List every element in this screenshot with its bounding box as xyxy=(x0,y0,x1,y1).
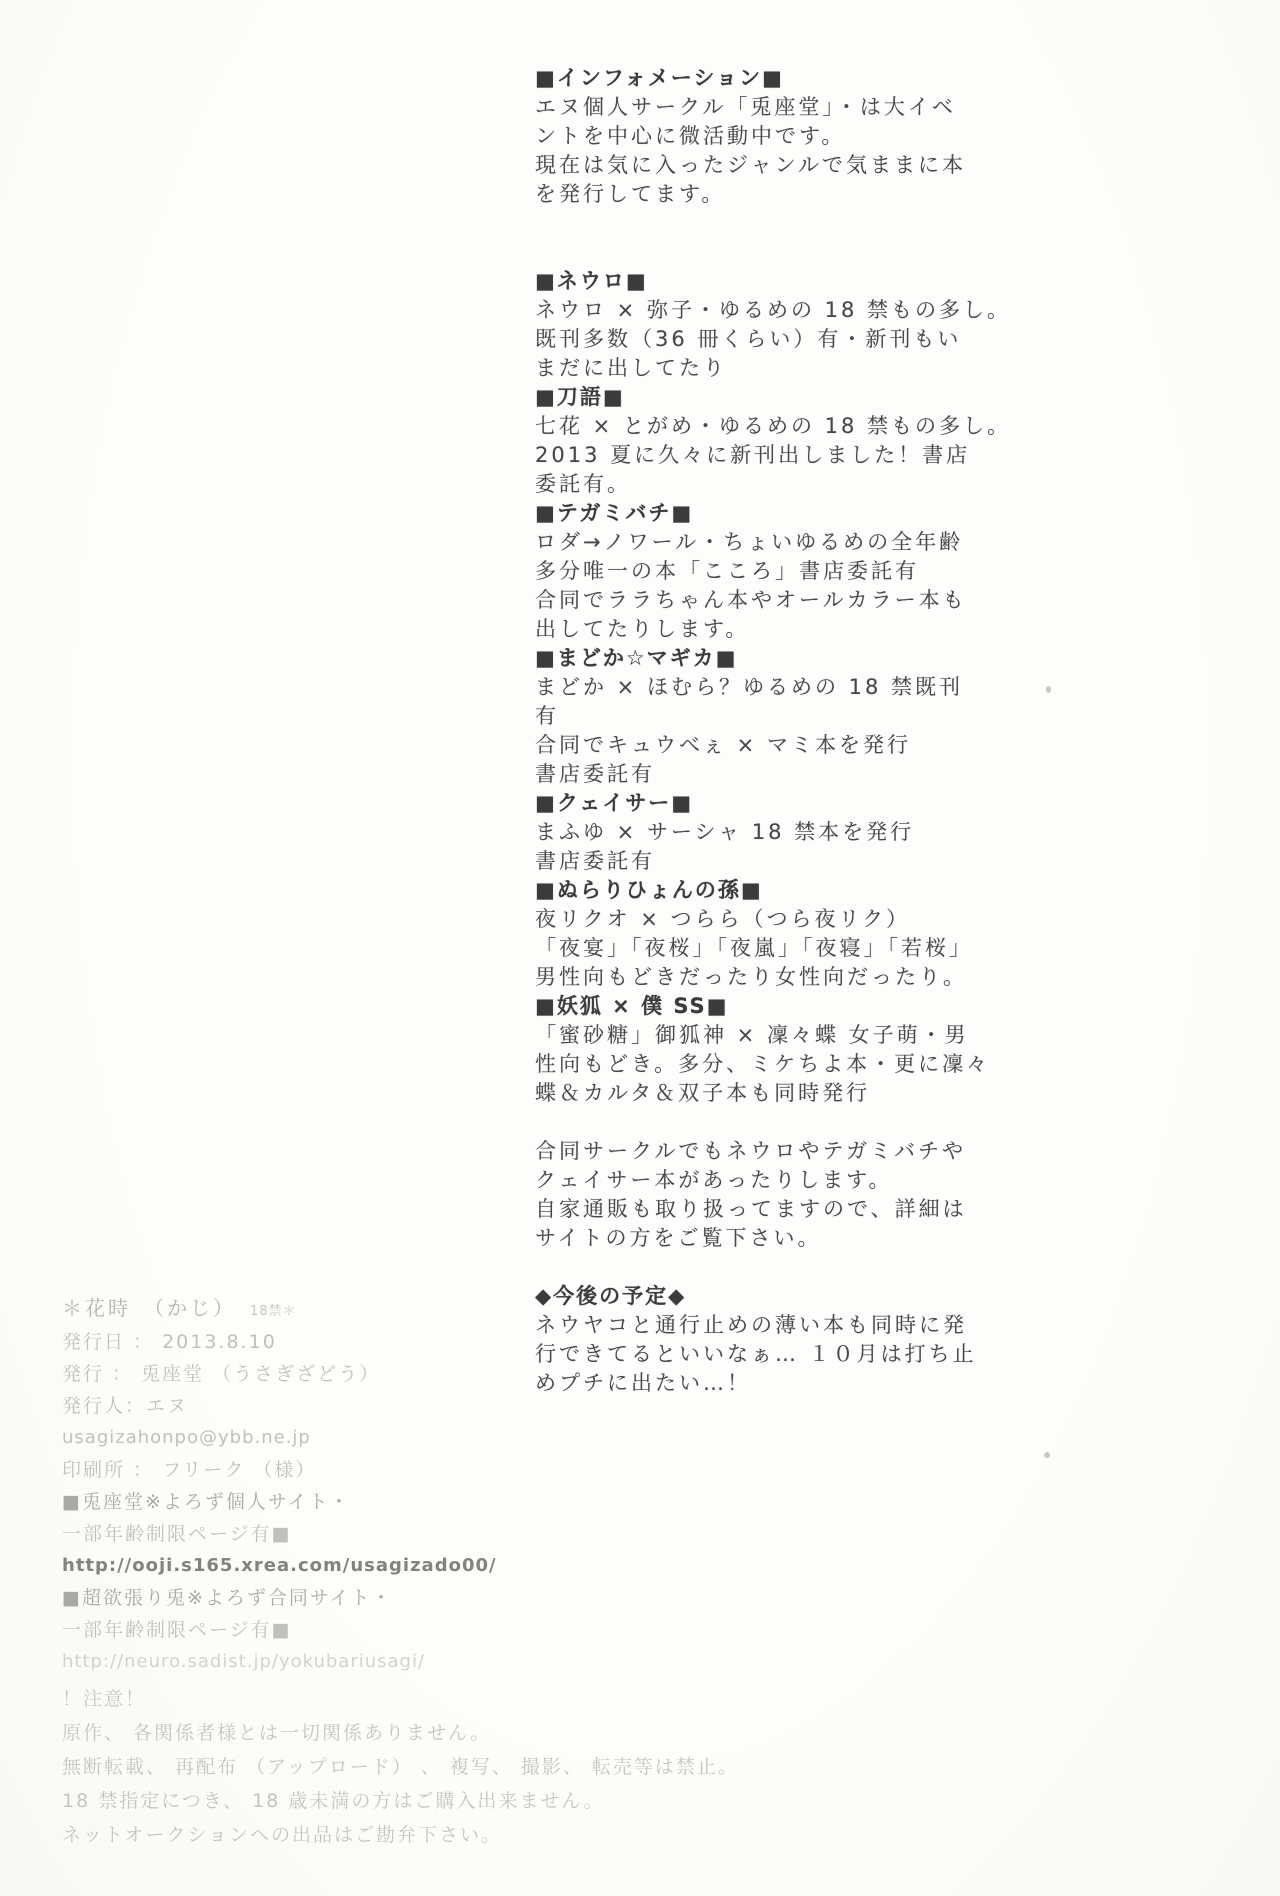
info-text-line: 現在は気に入ったジャンルで気ままに本 xyxy=(535,151,1017,180)
info-text-line: 委託有。 xyxy=(535,470,1017,499)
info-text-line: ■インフォメーション■ xyxy=(535,64,1017,93)
info-text-line: ■クェイサー■ xyxy=(535,789,1017,818)
info-text-line: ネウヤコと通行止めの薄い本も同時に発 xyxy=(535,1311,1017,1340)
scan-speck xyxy=(1046,686,1051,693)
colophon-text-line: 印刷所 ： フリーク （様） xyxy=(62,1454,492,1486)
colophon-text-line: usagizahonpo@ybb.ne.jp xyxy=(62,1422,492,1454)
info-text-line: 既刊多数（36 冊くらい）有・新刊もい xyxy=(535,325,1017,354)
colophon-block: ＊花時 （かじ）18禁＊ 発行日 ： 2013.8.10発行 ： 兎座堂 （うさ… xyxy=(62,1292,492,1678)
info-text-line: 合同サークルでもネウロやテガミバチや xyxy=(535,1137,1017,1166)
info-text-line: 「夜宴」「夜桜」「夜嵐」「夜寝」「若桜」 xyxy=(535,934,1017,963)
info-text-line: ■刀語■ xyxy=(535,383,1017,412)
info-text-line: ◆今後の予定◆ xyxy=(535,1282,1017,1311)
info-text-line: 合同でララちゃん本やオールカラー本も xyxy=(535,586,1017,615)
info-text-line: 蝶＆カルタ＆双子本も同時発行 xyxy=(535,1079,1017,1108)
colophon-text-line: http://neuro.sadist.jp/yokubariusagi/ xyxy=(62,1646,492,1678)
notice-text-line: 18 禁指定につき、 18 歳未満の方はご購入出来ません。 xyxy=(62,1784,762,1818)
info-text-line: ントを中心に微活動中です。 xyxy=(535,122,1017,151)
book-title: ＊花時 （かじ） xyxy=(62,1296,236,1320)
legal-notice-block: ！注意！原作、 各関係者様とは一切関係ありません。無断転載、 再配布 （アップロ… xyxy=(62,1682,762,1852)
info-text-line: 七花 × とがめ・ゆるめの 18 禁もの多し。 xyxy=(535,412,1017,441)
info-text-line: 出してたりします。 xyxy=(535,615,1017,644)
info-text-line: 性向もどき。多分、ミケちよ本・更に凜々 xyxy=(535,1050,1017,1079)
info-text-line: ■まどか☆マギカ■ xyxy=(535,644,1017,673)
info-text-line xyxy=(535,1108,1017,1137)
info-text-line xyxy=(535,1253,1017,1282)
info-text-line: 自家通販も取り扱ってますので、詳細は xyxy=(535,1195,1017,1224)
notice-text-line: ネットオークションへの出品はご勘弁下さい。 xyxy=(62,1818,762,1852)
info-text-line: 書店委託有 xyxy=(535,760,1017,789)
scan-speck xyxy=(1044,1452,1050,1458)
info-text-line: 2013 夏に久々に新刊出しました！書店 xyxy=(535,441,1017,470)
info-text-line xyxy=(535,238,1017,267)
info-text-line: ネウロ × 弥子・ゆるめの 18 禁もの多し。 xyxy=(535,296,1017,325)
colophon-text-line: ■超欲張り兎※よろず合同サイト・ xyxy=(62,1582,492,1614)
info-text-line: 多分唯一の本「こころ」書店委託有 xyxy=(535,557,1017,586)
info-text-line: サイトの方をご覧下さい。 xyxy=(535,1224,1017,1253)
info-text-line: 行できてるといいなぁ… １０月は打ち止 xyxy=(535,1340,1017,1369)
info-text-line: エヌ個人サークル「兎座堂」・は大イベ xyxy=(535,93,1017,122)
colophon-text-line: 発行人：エヌ xyxy=(62,1390,492,1422)
info-text-line: めプチに出たい…！ xyxy=(535,1369,1017,1398)
info-text-line: まだに出してたり xyxy=(535,354,1017,383)
info-text-line: 男性向もどきだったり女性向だったり。 xyxy=(535,963,1017,992)
info-text-line: ■テガミバチ■ xyxy=(535,499,1017,528)
colophon-lines: 発行日 ： 2013.8.10発行 ： 兎座堂 （うさぎざどう）発行人：エヌus… xyxy=(62,1326,492,1678)
info-text-line: を発行してます。 xyxy=(535,180,1017,209)
circle-information-column: ■インフォメーション■エヌ個人サークル「兎座堂」・は大イベントを中心に微活動中で… xyxy=(535,64,1017,1398)
colophon-text-line: 一部年齢制限ページ有■ xyxy=(62,1614,492,1646)
info-text-line xyxy=(535,209,1017,238)
info-text-line: ■妖狐 × 僕 SS■ xyxy=(535,992,1017,1021)
info-text-line: ■ぬらりひょんの孫■ xyxy=(535,876,1017,905)
info-text-line: まふゆ × サーシャ 18 禁本を発行 xyxy=(535,818,1017,847)
colophon-text-line: ■兎座堂※よろず個人サイト・ xyxy=(62,1486,492,1518)
info-text-line: クェイサー本があったりします。 xyxy=(535,1166,1017,1195)
book-title-line: ＊花時 （かじ）18禁＊ xyxy=(62,1292,492,1326)
info-text-line: まどか × ほむら？ゆるめの 18 禁既刊 xyxy=(535,673,1017,702)
info-text-line: 合同でキュウべぇ × マミ本を発行 xyxy=(535,731,1017,760)
notice-text-line: 原作、 各関係者様とは一切関係ありません。 xyxy=(62,1716,762,1750)
info-text-line: 有 xyxy=(535,702,1017,731)
colophon-text-line: 発行日 ： 2013.8.10 xyxy=(62,1326,492,1358)
info-text-line: ロダ→ノワール・ちょいゆるめの全年齢 xyxy=(535,528,1017,557)
colophon-text-line: 発行 ： 兎座堂 （うさぎざどう） xyxy=(62,1358,492,1390)
info-text-line: ■ネウロ■ xyxy=(535,267,1017,296)
info-text-line: 「蜜砂糖」御狐神 × 凜々蝶 女子萌・男 xyxy=(535,1021,1017,1050)
info-text-line: 書店委託有 xyxy=(535,847,1017,876)
notice-text-line: 無断転載、 再配布 （アップロード） 、 複写、 撮影、 転売等は禁止。 xyxy=(62,1750,762,1784)
colophon-text-line: 一部年齢制限ページ有■ xyxy=(62,1518,492,1550)
scanned-page-background: ■インフォメーション■エヌ個人サークル「兎座堂」・は大イベントを中心に微活動中で… xyxy=(0,0,1280,1896)
notice-text-line: ！注意！ xyxy=(62,1682,762,1716)
info-text-line: 夜リクオ × つらら（つら夜リク） xyxy=(535,905,1017,934)
book-title-suffix: 18禁＊ xyxy=(250,1304,297,1319)
colophon-text-line: http://ooji.s165.xrea.com/usagizado00/ xyxy=(62,1550,492,1582)
